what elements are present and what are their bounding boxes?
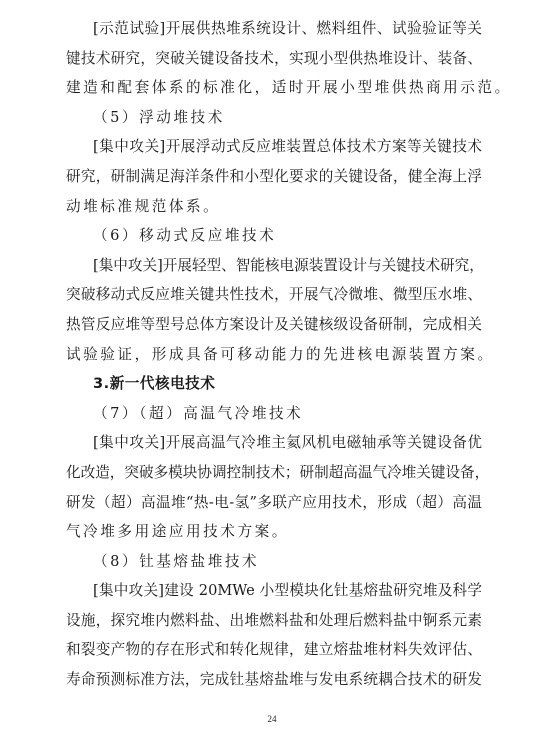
paragraph-line: 热管反应堆等型号总体方案设计及关键核级设备研制，完成相关 <box>66 310 482 340</box>
paragraph-line: [示范试验]开展供热堆系统设计、燃料组件、试验验证等关 <box>66 14 482 44</box>
subheading-mobile-reactor: （6）移动式反应堆技术 <box>66 221 482 251</box>
paragraph-line: 动堆标准规范体系。 <box>66 192 482 222</box>
paragraph-line: 突破移动式反应堆关键共性技术，开展气冷微堆、微型压水堆、 <box>66 280 482 310</box>
paragraph-line: 建造和配套体系的标准化，适时开展小型堆供热商用示范。 <box>66 73 482 103</box>
paragraph-line: 设施，探究堆内燃料盐、出堆燃料盐和处理后燃料盐中锕系元素 <box>66 606 482 636</box>
subheading-htgr: （7）（超）高温气冷堆技术 <box>66 399 482 429</box>
subheading-floating-reactor: （5）浮动堆技术 <box>66 103 482 133</box>
section-heading-new-generation-nuclear: 3.新一代核电技术 <box>66 369 482 399</box>
document-page: [示范试验]开展供热堆系统设计、燃料组件、试验验证等关 键技术研究，突破关键设备… <box>66 14 482 695</box>
paragraph-line: 气冷堆多用途应用技术方案。 <box>66 517 482 547</box>
paragraph-line: 化改造，突破多模块协调控制技术；研制超高温气冷堆关键设备， <box>66 458 482 488</box>
paragraph-line: 和裂变产物的存在形式和转化规律，建立熔盐堆材料失效评估、 <box>66 635 482 665</box>
paragraph-line: 键技术研究，突破关键设备技术，实现小型供热堆设计、装备、 <box>66 44 482 74</box>
page-number: 24 <box>0 714 544 724</box>
paragraph-line: [集中攻关]开展高温气冷堆主氦风机电磁轴承等关键设备优 <box>66 428 482 458</box>
paragraph-line: [集中攻关]建设 20MWe 小型模块化钍基熔盐研究堆及科学 <box>66 576 482 606</box>
paragraph-line: 研发（超）高温堆“热-电-氢”多联产应用技术，形成（超）高温 <box>66 488 482 518</box>
paragraph-line: 寿命预测标准方法，完成钍基熔盐堆与发电系统耦合技术的研发 <box>66 665 482 695</box>
paragraph-line: 试验验证，形成具备可移动能力的先进核电源装置方案。 <box>66 340 482 370</box>
subheading-thorium-msr: （8）钍基熔盐堆技术 <box>66 547 482 577</box>
paragraph-line: [集中攻关]开展轻型、智能核电源装置设计与关键技术研究， <box>66 251 482 281</box>
paragraph-line: [集中攻关]开展浮动式反应堆装置总体技术方案等关键技术 <box>66 132 482 162</box>
paragraph-line: 研究，研制满足海洋条件和小型化要求的关键设备，健全海上浮 <box>66 162 482 192</box>
